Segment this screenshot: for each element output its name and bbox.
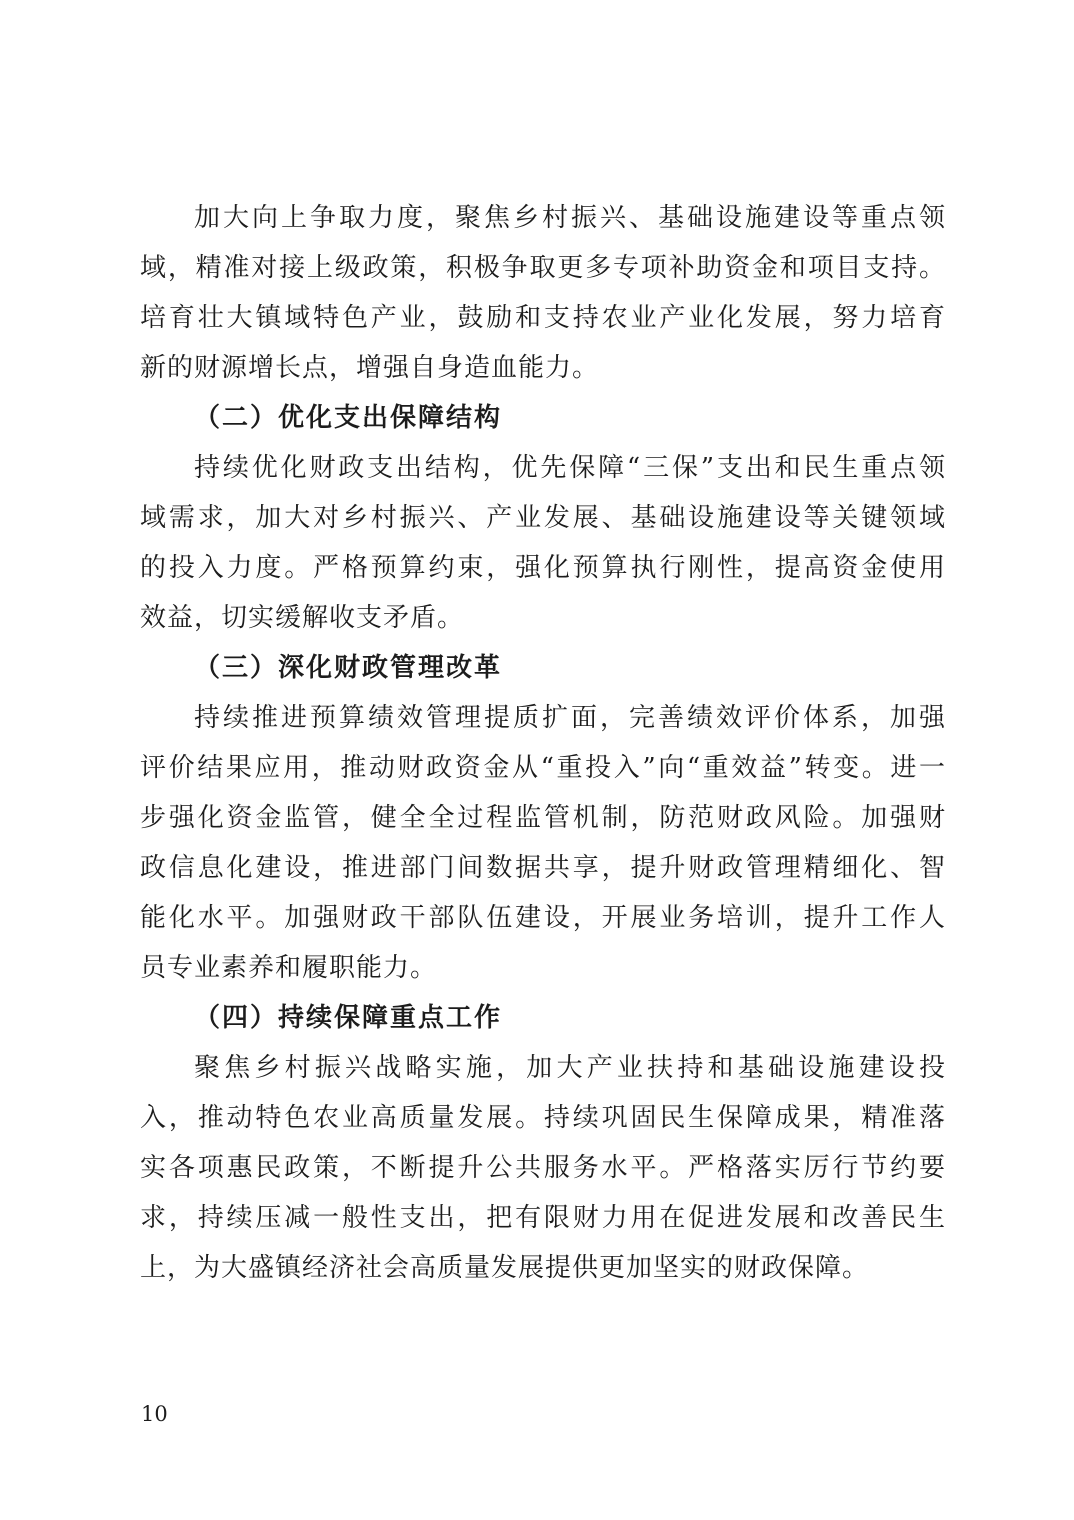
paragraph-line: 聚焦乡村振兴战略实施，加大产业扶持和基础设施建设投 (140, 1043, 946, 1093)
section-heading: （三）深化财政管理改革 (140, 643, 946, 693)
paragraph-line: 评价结果应用，推动财政资金从“重投入”向“重效益”转变。进一 (140, 743, 946, 793)
document-body: 加大向上争取力度，聚焦乡村振兴、基础设施建设等重点领域，精准对接上级政策，积极争… (140, 193, 946, 1293)
paragraph-line: 政信息化建设，推进部门间数据共享，提升财政管理精细化、智 (140, 843, 946, 893)
paragraph-line: 效益，切实缓解收支矛盾。 (140, 593, 946, 643)
paragraph-line: 员专业素养和履职能力。 (140, 943, 946, 993)
paragraph-line: 持续推进预算绩效管理提质扩面，完善绩效评价体系，加强 (140, 693, 946, 743)
paragraph-line: 步强化资金监管，健全全过程监管机制，防范财政风险。加强财 (140, 793, 946, 843)
section-heading: （四）持续保障重点工作 (140, 993, 946, 1043)
page-number: 10 (141, 1402, 168, 1426)
paragraph-line: 入，推动特色农业高质量发展。持续巩固民生保障成果，精准落 (140, 1093, 946, 1143)
paragraph-line: 能化水平。加强财政干部队伍建设，开展业务培训，提升工作人 (140, 893, 946, 943)
paragraph-line: 上，为大盛镇经济社会高质量发展提供更加坚实的财政保障。 (140, 1243, 946, 1293)
paragraph-line: 培育壮大镇域特色产业，鼓励和支持农业产业化发展，努力培育 (140, 293, 946, 343)
page-footer: 10 (141, 1400, 168, 1428)
paragraph-line: 加大向上争取力度，聚焦乡村振兴、基础设施建设等重点领 (140, 193, 946, 243)
paragraph-line: 域需求，加大对乡村振兴、产业发展、基础设施建设等关键领域 (140, 493, 946, 543)
paragraph-line: 的投入力度。严格预算约束，强化预算执行刚性，提高资金使用 (140, 543, 946, 593)
document-page: 加大向上争取力度，聚焦乡村振兴、基础设施建设等重点领域，精准对接上级政策，积极争… (0, 0, 1074, 1520)
paragraph-line: 实各项惠民政策，不断提升公共服务水平。严格落实厉行节约要 (140, 1143, 946, 1193)
paragraph-line: 求，持续压减一般性支出，把有限财力用在促进发展和改善民生 (140, 1193, 946, 1243)
paragraph-line: 新的财源增长点，增强自身造血能力。 (140, 343, 946, 393)
paragraph-line: 持续优化财政支出结构，优先保障“三保”支出和民生重点领 (140, 443, 946, 493)
section-heading: （二）优化支出保障结构 (140, 393, 946, 443)
paragraph-line: 域，精准对接上级政策，积极争取更多专项补助资金和项目支持。 (140, 243, 946, 293)
